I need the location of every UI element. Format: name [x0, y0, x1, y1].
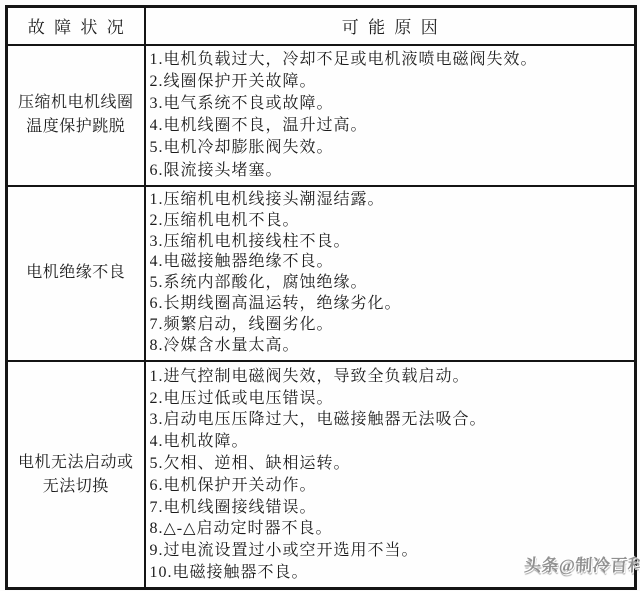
cause-line: 7.频繁启动，线圈劣化。 [150, 315, 631, 336]
cause-line: 3.电气系统不良或故障。 [150, 93, 631, 115]
cause-line: 5.系统内部酸化，腐蚀绝缘。 [150, 273, 631, 294]
header-fault-condition: 故障状况 [7, 7, 145, 45]
cause-line: 8.△-△启动定时器不良。 [150, 518, 631, 540]
cause-line: 3.启动电压压降过大，电磁接触器无法吸合。 [150, 409, 631, 431]
watermark-text: 头条@制冷百科 [524, 556, 640, 575]
cause-line: 5.欠相、逆相、缺相运转。 [150, 453, 631, 475]
cause-line: 2.电压过低或电压错误。 [150, 388, 631, 410]
cause-line: 3.压缩机电机接线柱不良。 [150, 232, 631, 253]
fault-condition-cell: 压缩机电机线圈温度保护跳脱 [7, 45, 145, 186]
fault-condition-label: 电机绝缘不良 [26, 264, 125, 281]
table-row: 电机绝缘不良1.压缩机电机线接头潮湿结露。2.压缩机电机不良。3.压缩机电机接线… [7, 186, 636, 361]
watermark: 头条@制冷百科 [523, 551, 637, 581]
possible-cause-cell: 1.压缩机电机线接头潮湿结露。2.压缩机电机不良。3.压缩机电机接线柱不良。4.… [145, 186, 636, 361]
table-header-row: 故障状况 可能原因 [7, 7, 636, 45]
cause-line: 4.电机故障。 [150, 431, 631, 453]
header-possible-cause: 可能原因 [145, 7, 636, 45]
cause-line: 2.压缩机电机不良。 [150, 211, 631, 232]
cause-line: 1.进气控制电磁阀失效，导致全负载启动。 [150, 366, 631, 388]
cause-line: 7.电机线圈接线错误。 [150, 497, 631, 519]
possible-cause-cell: 1.电机负载过大，冷却不足或电机液喷电磁阀失效。2.线圈保护开关故障。3.电气系… [145, 45, 636, 186]
cause-line: 8.冷媒含水量太高。 [150, 336, 631, 357]
fault-cause-table: 故障状况 可能原因 压缩机电机线圈温度保护跳脱1.电机负载过大，冷却不足或电机液… [5, 5, 637, 590]
cause-line: 5.电机冷却膨胀阀失效。 [150, 137, 631, 159]
cause-line: 1.电机负载过大，冷却不足或电机液喷电磁阀失效。 [150, 49, 631, 71]
fault-condition-label: 压缩机电机线圈温度保护跳脱 [18, 94, 134, 135]
cause-line: 4.电机线圈不良，温升过高。 [150, 115, 631, 137]
cause-line: 2.线圈保护开关故障。 [150, 71, 631, 93]
cause-line: 6.长期线圈高温运转，绝缘劣化。 [150, 294, 631, 315]
table-row: 压缩机电机线圈温度保护跳脱1.电机负载过大，冷却不足或电机液喷电磁阀失效。2.线… [7, 45, 636, 186]
page: 故障状况 可能原因 压缩机电机线圈温度保护跳脱1.电机负载过大，冷却不足或电机液… [0, 0, 640, 591]
cause-line: 4.电磁接触器绝缘不良。 [150, 252, 631, 273]
fault-condition-label: 电机无法启动或无法切换 [18, 454, 134, 495]
cause-line: 1.压缩机电机线接头潮湿结露。 [150, 190, 631, 211]
fault-condition-cell: 电机绝缘不良 [7, 186, 145, 361]
cause-line: 6.限流接头堵塞。 [150, 160, 631, 182]
cause-line: 6.电机保护开关动作。 [150, 475, 631, 497]
fault-condition-cell: 电机无法启动或无法切换 [7, 361, 145, 589]
